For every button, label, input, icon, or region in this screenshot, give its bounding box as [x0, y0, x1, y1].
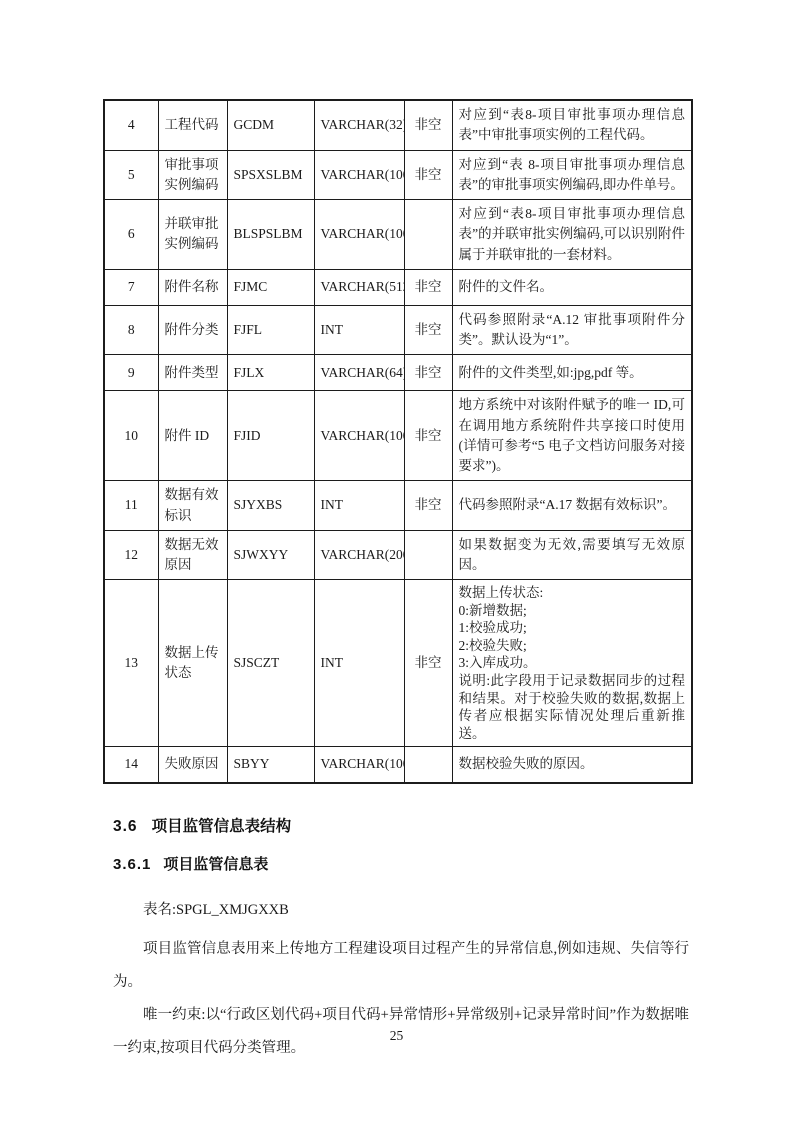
section-number: 3.6 — [113, 818, 138, 835]
field-definition-table: 4工程代码GCDMVARCHAR(32)非空对应到“表8-项目审批事项办理信息表… — [103, 99, 693, 784]
cell-type: VARCHAR(100) — [314, 391, 404, 481]
cell-name: 附件 ID — [158, 391, 227, 481]
cell-desc: 代码参照附录“A.17 数据有效标识”。 — [452, 481, 692, 531]
cell-seq: 6 — [104, 200, 158, 270]
page-number: 25 — [0, 1028, 793, 1044]
cell-nullable: 非空 — [404, 305, 452, 355]
table-row: 14失败原因SBYYVARCHAR(1000)数据校验失败的原因。 — [104, 747, 692, 783]
cell-desc: 附件的文件类型,如:jpg,pdf 等。 — [452, 355, 692, 391]
cell-code: GCDM — [227, 100, 314, 150]
cell-seq: 7 — [104, 269, 158, 305]
table-row: 13数据上传状态SJSCZTINT非空数据上传状态: 0:新增数据; 1:校验成… — [104, 580, 692, 747]
cell-name: 数据上传状态 — [158, 580, 227, 747]
cell-name: 审批事项实例编码 — [158, 150, 227, 200]
cell-seq: 9 — [104, 355, 158, 391]
cell-seq: 8 — [104, 305, 158, 355]
cell-name: 数据无效原因 — [158, 530, 227, 580]
page-content: 4工程代码GCDMVARCHAR(32)非空对应到“表8-项目审批事项办理信息表… — [113, 99, 689, 1065]
cell-desc: 对应到“表8-项目审批事项办理信息表”中审批事项实例的工程代码。 — [452, 100, 692, 150]
cell-type: INT — [314, 481, 404, 531]
table-row: 7附件名称FJMCVARCHAR(512)非空附件的文件名。 — [104, 269, 692, 305]
cell-desc: 代码参照附录“A.12 审批事项附件分类”。默认设为“1”。 — [452, 305, 692, 355]
cell-code: SJYXBS — [227, 481, 314, 531]
cell-seq: 11 — [104, 481, 158, 531]
cell-nullable: 非空 — [404, 100, 452, 150]
cell-seq: 14 — [104, 747, 158, 783]
cell-type: VARCHAR(1000) — [314, 747, 404, 783]
cell-seq: 12 — [104, 530, 158, 580]
cell-type: VARCHAR(64) — [314, 355, 404, 391]
cell-code: SJWXYY — [227, 530, 314, 580]
cell-name: 附件分类 — [158, 305, 227, 355]
section-heading: 3.6项目监管信息表结构 — [113, 814, 689, 836]
subsection-number: 3.6.1 — [113, 856, 151, 873]
cell-type: VARCHAR(200) — [314, 530, 404, 580]
cell-nullable: 非空 — [404, 391, 452, 481]
cell-nullable: 非空 — [404, 150, 452, 200]
section-title: 项目监管信息表结构 — [152, 818, 292, 835]
cell-code: BLSPSLBM — [227, 200, 314, 270]
cell-nullable — [404, 747, 452, 783]
cell-desc: 对应到“表 8-项目审批事项办理信息表”的审批事项实例编码,即办件单号。 — [452, 150, 692, 200]
cell-nullable — [404, 530, 452, 580]
cell-code: FJMC — [227, 269, 314, 305]
table-row: 4工程代码GCDMVARCHAR(32)非空对应到“表8-项目审批事项办理信息表… — [104, 100, 692, 150]
cell-desc: 对应到“表8-项目审批事项办理信息表”的并联审批实例编码,可以识别附件属于并联审… — [452, 200, 692, 270]
table-name-paragraph: 表名:SPGL_XMJGXXB — [113, 894, 689, 927]
cell-desc: 数据校验失败的原因。 — [452, 747, 692, 783]
cell-nullable: 非空 — [404, 481, 452, 531]
cell-type: VARCHAR(32) — [314, 100, 404, 150]
cell-seq: 10 — [104, 391, 158, 481]
cell-name: 数据有效标识 — [158, 481, 227, 531]
cell-seq: 4 — [104, 100, 158, 150]
cell-name: 失败原因 — [158, 747, 227, 783]
cell-desc: 地方系统中对该附件赋予的唯一 ID,可在调用地方系统附件共享接口时使用(详情可参… — [452, 391, 692, 481]
cell-type: VARCHAR(100) — [314, 200, 404, 270]
cell-type: INT — [314, 580, 404, 747]
cell-code: SBYY — [227, 747, 314, 783]
subsection-heading: 3.6.1项目监管信息表 — [113, 853, 689, 874]
cell-type: VARCHAR(100) — [314, 150, 404, 200]
table-row: 11数据有效标识SJYXBSINT非空代码参照附录“A.17 数据有效标识”。 — [104, 481, 692, 531]
cell-code: FJFL — [227, 305, 314, 355]
cell-nullable: 非空 — [404, 355, 452, 391]
subsection-title: 项目监管信息表 — [163, 856, 268, 873]
table-row: 10附件 IDFJIDVARCHAR(100)非空地方系统中对该附件赋予的唯一 … — [104, 391, 692, 481]
table-row: 12数据无效原因SJWXYYVARCHAR(200)如果数据变为无效,需要填写无… — [104, 530, 692, 580]
cell-type: INT — [314, 305, 404, 355]
table-row: 6并联审批实例编码BLSPSLBMVARCHAR(100)对应到“表8-项目审批… — [104, 200, 692, 270]
cell-desc: 附件的文件名。 — [452, 269, 692, 305]
cell-name: 工程代码 — [158, 100, 227, 150]
cell-type: VARCHAR(512) — [314, 269, 404, 305]
table-row: 5审批事项实例编码SPSXSLBMVARCHAR(100)非空对应到“表 8-项… — [104, 150, 692, 200]
cell-name: 附件名称 — [158, 269, 227, 305]
table-row: 9附件类型FJLXVARCHAR(64)非空附件的文件类型,如:jpg,pdf … — [104, 355, 692, 391]
cell-name: 附件类型 — [158, 355, 227, 391]
document-page: 4工程代码GCDMVARCHAR(32)非空对应到“表8-项目审批事项办理信息表… — [0, 0, 793, 1122]
cell-seq: 13 — [104, 580, 158, 747]
cell-nullable: 非空 — [404, 269, 452, 305]
cell-code: SJSCZT — [227, 580, 314, 747]
field-table-body: 4工程代码GCDMVARCHAR(32)非空对应到“表8-项目审批事项办理信息表… — [104, 100, 692, 783]
cell-code: FJLX — [227, 355, 314, 391]
table-row: 8附件分类FJFLINT非空代码参照附录“A.12 审批事项附件分类”。默认设为… — [104, 305, 692, 355]
cell-nullable: 非空 — [404, 580, 452, 747]
cell-code: FJID — [227, 391, 314, 481]
cell-seq: 5 — [104, 150, 158, 200]
cell-code: SPSXSLBM — [227, 150, 314, 200]
intro-paragraph: 项目监管信息表用来上传地方工程建设项目过程产生的异常信息,例如违规、失信等行为。 — [113, 933, 689, 999]
cell-desc: 如果数据变为无效,需要填写无效原因。 — [452, 530, 692, 580]
cell-name: 并联审批实例编码 — [158, 200, 227, 270]
cell-desc: 数据上传状态: 0:新增数据; 1:校验成功; 2:校验失败; 3:入库成功。 … — [452, 580, 692, 747]
cell-nullable — [404, 200, 452, 270]
